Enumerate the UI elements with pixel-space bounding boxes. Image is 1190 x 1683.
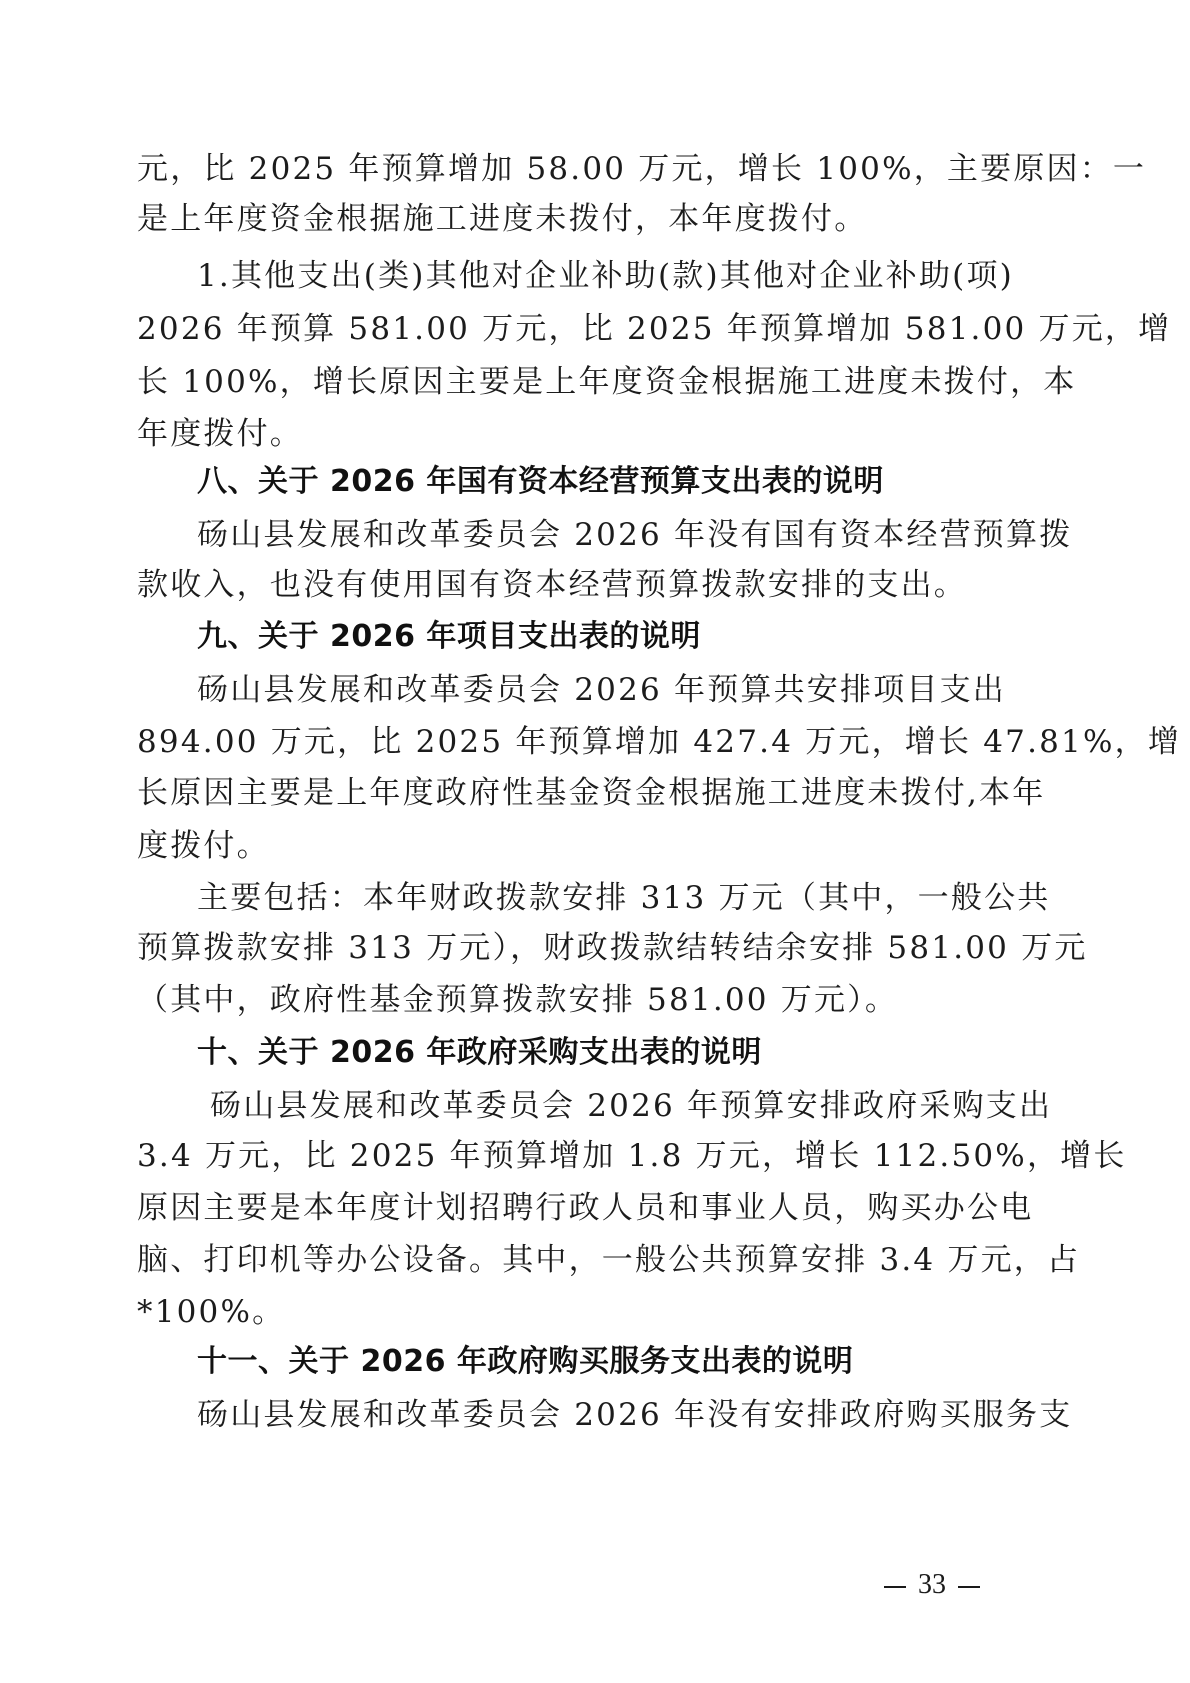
paragraph-line: *100%。 — [137, 1292, 957, 1332]
paragraph-line: 款收入，也没有使用国有资本经营预算拨款安排的支出。 — [137, 565, 957, 605]
paragraph-line: （其中，政府性基金预算拨款安排 581.00 万元）。 — [137, 980, 957, 1020]
section-heading-11: 十一、关于 2026 年政府购买服务支出表的说明 — [197, 1342, 853, 1382]
paragraph-line: 元，比 2025 年预算增加 58.00 万元，增长 100%，主要原因：一 — [137, 149, 957, 189]
paragraph-line: 是上年度资金根据施工进度未拨付，本年度拨付。 — [137, 199, 957, 239]
paragraph-line: 长 100%，增长原因主要是上年度资金根据施工进度未拨付，本 — [137, 362, 957, 402]
page-number-dash-left — [884, 1586, 906, 1588]
document-page: 元，比 2025 年预算增加 58.00 万元，增长 100%，主要原因：一 是… — [0, 0, 1190, 1683]
paragraph-line: 主要包括：本年财政拨款安排 313 万元（其中，一般公共 — [197, 878, 1017, 918]
paragraph-line: 度拨付。 — [137, 826, 957, 866]
page-number-value: 33 — [918, 1569, 946, 1600]
paragraph-line: 原因主要是本年度计划招聘行政人员和事业人员，购买办公电 — [137, 1188, 957, 1228]
paragraph-line: 1.其他支出(类)其他对企业补助(款)其他对企业补助(项) — [197, 256, 1017, 296]
paragraph-line: 砀山县发展和改革委员会 2026 年没有安排政府购买服务支 — [197, 1395, 1017, 1435]
paragraph-line: 2026 年预算 581.00 万元，比 2025 年预算增加 581.00 万… — [137, 309, 957, 349]
paragraph-line: 脑、打印机等办公设备。其中，一般公共预算安排 3.4 万元，占 — [137, 1240, 957, 1280]
section-heading-9: 九、关于 2026 年项目支出表的说明 — [197, 617, 701, 657]
section-heading-8: 八、关于 2026 年国有资本经营预算支出表的说明 — [197, 462, 884, 502]
section-heading-10: 十、关于 2026 年政府采购支出表的说明 — [197, 1033, 762, 1073]
paragraph-line: 年度拨付。 — [137, 414, 957, 454]
paragraph-line: 预算拨款安排 313 万元），财政拨款结转结余安排 581.00 万元 — [137, 928, 957, 968]
paragraph-line: 砀山县发展和改革委员会 2026 年没有国有资本经营预算拨 — [197, 515, 1017, 555]
paragraph-line: 长原因主要是上年度政府性基金资金根据施工进度未拨付,本年 — [137, 773, 957, 813]
paragraph-line: 3.4 万元，比 2025 年预算增加 1.8 万元，增长 112.50%，增长 — [137, 1136, 957, 1176]
paragraph-line: 砀山县发展和改革委员会 2026 年预算安排政府采购支出 — [210, 1086, 1030, 1126]
page-number: 33 — [872, 1567, 992, 1603]
paragraph-line: 砀山县发展和改革委员会 2026 年预算共安排项目支出 — [197, 670, 1017, 710]
paragraph-line: 894.00 万元，比 2025 年预算增加 427.4 万元，增长 47.81… — [137, 722, 957, 762]
page-number-dash-right — [958, 1586, 980, 1588]
